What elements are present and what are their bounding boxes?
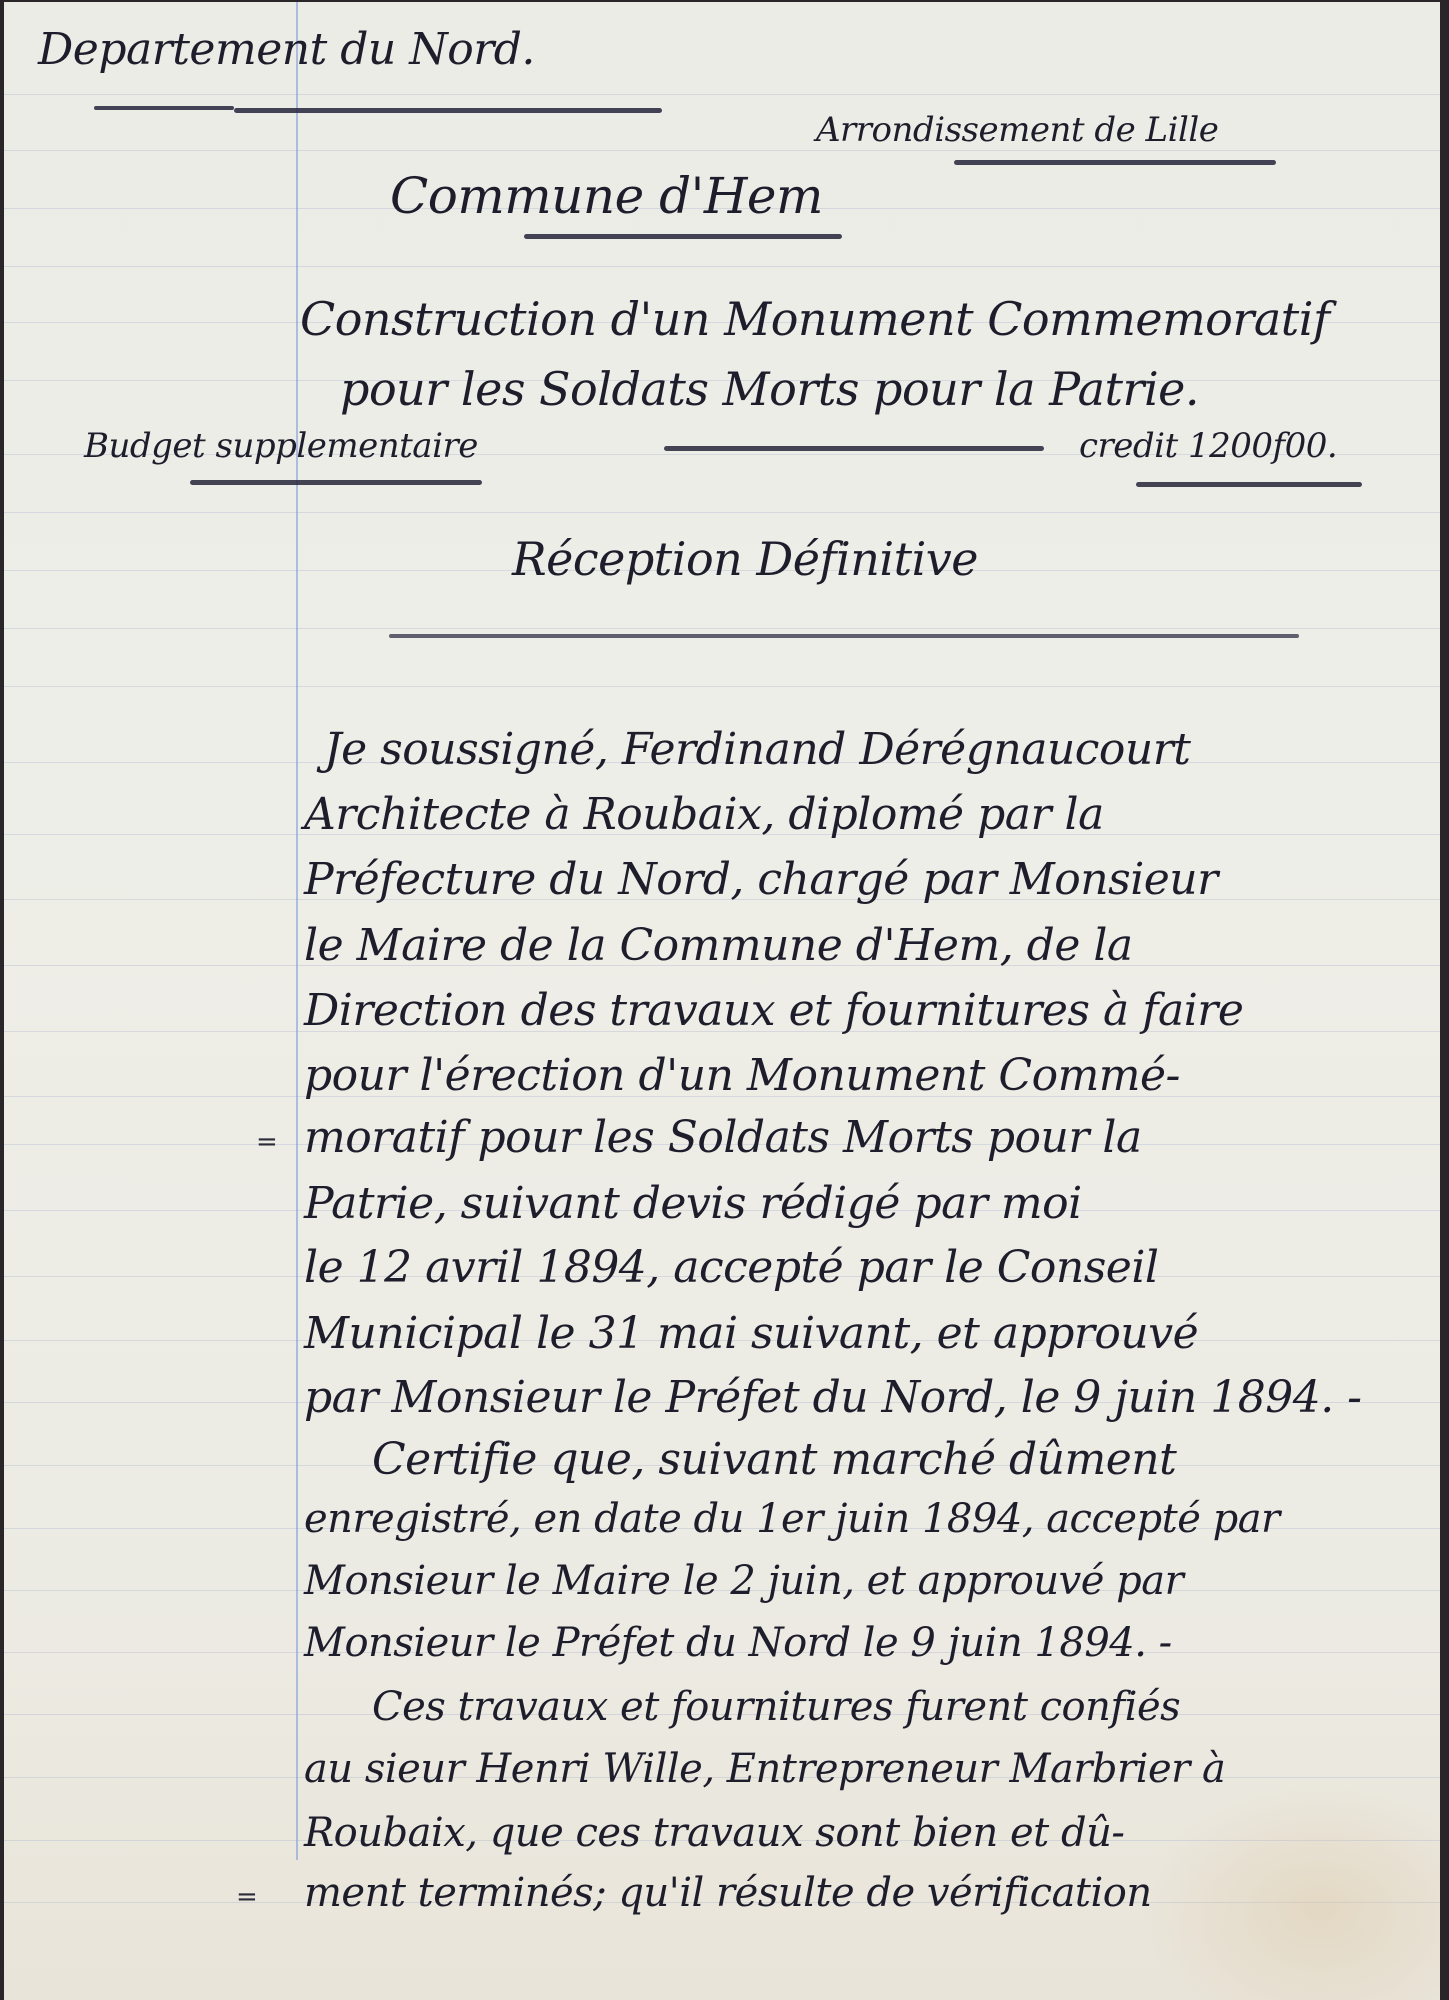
underline — [234, 108, 662, 113]
underline — [190, 480, 482, 485]
ruled-line — [4, 686, 1440, 687]
body-line: le Maire de la Commune d'Hem, de la — [304, 920, 1133, 971]
ruled-line — [4, 512, 1440, 513]
margin-mark: = — [256, 1127, 278, 1157]
section-divider — [389, 634, 1299, 638]
body-line: Certifie que, suivant marché dûment — [372, 1434, 1176, 1485]
body-line: Préfecture du Nord, chargé par Monsieur — [304, 854, 1218, 905]
underline — [524, 234, 842, 239]
arrondissement-heading: Arrondissement de Lille — [816, 110, 1218, 150]
underline — [94, 106, 234, 110]
budget-label: Budget supplementaire — [84, 426, 478, 466]
ruled-line — [4, 266, 1440, 267]
body-line: Monsieur le Préfet du Nord le 9 juin 189… — [304, 1620, 1172, 1666]
body-line: Direction des travaux et fournitures à f… — [304, 985, 1243, 1036]
body-line: Architecte à Roubaix, diplomé par la — [304, 789, 1104, 840]
subject-line-2: pour les Soldats Morts pour la Patrie. — [340, 362, 1199, 416]
body-line: moratif pour les Soldats Morts pour la — [304, 1112, 1142, 1163]
department-heading: Departement du Nord. — [38, 24, 535, 75]
body-line: Roubaix, que ces travaux sont bien et dû… — [304, 1810, 1124, 1856]
subject-line-1: Construction d'un Monument Commemoratif — [300, 292, 1330, 346]
document-page: Departement du Nord. Arrondissement de L… — [4, 2, 1440, 2000]
underline — [664, 446, 1044, 451]
body-line: le 12 avril 1894, accepté par le Conseil — [304, 1242, 1158, 1293]
ruled-line — [4, 628, 1440, 629]
body-line: Patrie, suivant devis rédigé par moi — [304, 1178, 1082, 1229]
credit-amount: credit 1200f00. — [1079, 426, 1337, 466]
ruled-line — [4, 94, 1440, 95]
body-line: Je soussigné, Ferdinand Dérégnaucourt — [324, 724, 1190, 775]
body-line: Monsieur le Maire le 2 juin, et approuvé… — [304, 1558, 1183, 1604]
body-line: au sieur Henri Wille, Entrepreneur Marbr… — [304, 1746, 1225, 1792]
margin-mark: = — [236, 1882, 258, 1912]
body-line: pour l'érection d'un Monument Commé- — [304, 1050, 1180, 1101]
underline — [954, 160, 1276, 165]
body-line: enregistré, en date du 1er juin 1894, ac… — [304, 1496, 1280, 1542]
margin-rule — [296, 2, 298, 1860]
underline — [1136, 482, 1362, 487]
body-line: Municipal le 31 mai suivant, et approuvé — [304, 1308, 1198, 1359]
body-line: ment terminés; qu'il résulte de vérifica… — [304, 1870, 1152, 1916]
body-line: Ces travaux et fournitures furent confié… — [372, 1684, 1180, 1730]
section-title: Réception Définitive — [512, 532, 978, 586]
commune-heading: Commune d'Hem — [390, 167, 823, 225]
ruled-line — [4, 150, 1440, 151]
body-line: par Monsieur le Préfet du Nord, le 9 jui… — [304, 1372, 1362, 1423]
